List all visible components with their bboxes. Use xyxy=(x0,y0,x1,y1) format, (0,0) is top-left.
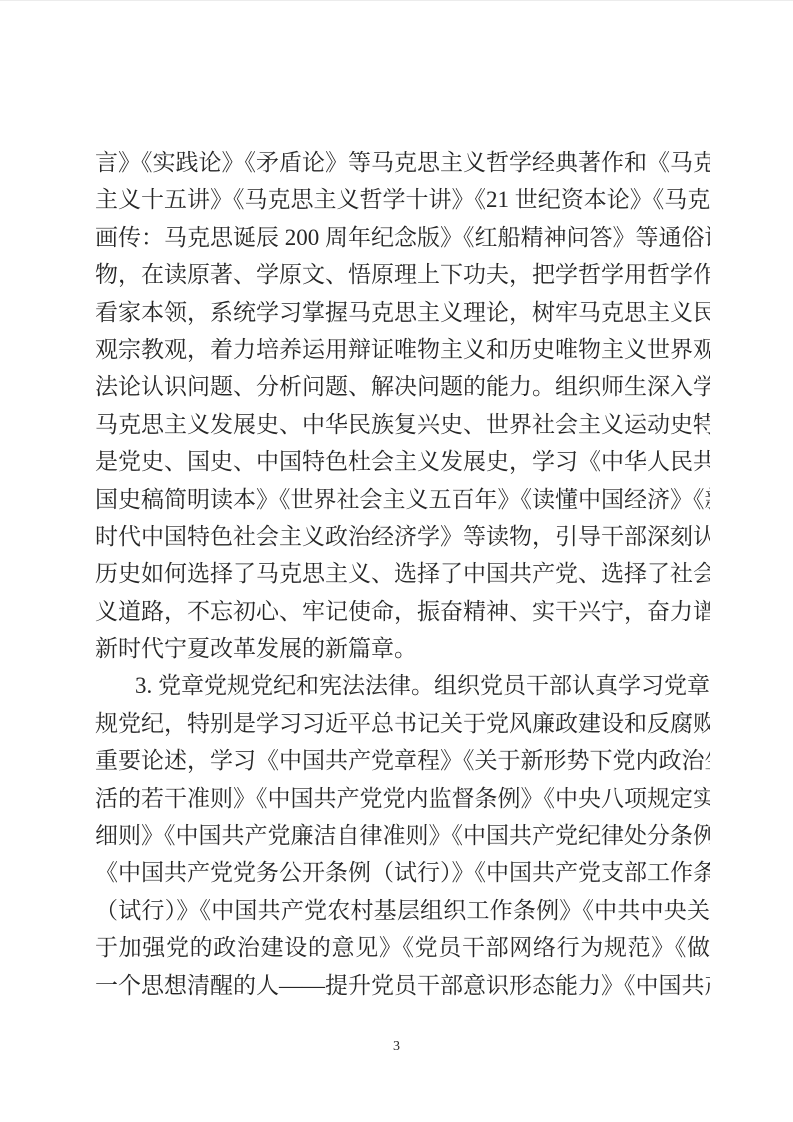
text-line: 一个思想清醒的人——提升党员干部意识形态能力》《中国共产 xyxy=(95,967,710,1004)
text-line: （试行）》《中国共产党农村基层组织工作条例》《中共中央关 xyxy=(95,892,710,929)
text-line: 观宗教观，着力培养运用辩证唯物主义和历史唯物主义世界观方 xyxy=(95,331,710,368)
page-number: 3 xyxy=(0,1039,793,1055)
paragraph-item-3: 3. 党章党规党纪和宪法法律。组织党员干部认真学习党章党 规党纪，特别是学习习近… xyxy=(95,667,710,1004)
text-line: 义道路，不忘初心、牢记使命，振奋精神、实干兴宁，奋力谱写 xyxy=(95,593,710,630)
text-line: 历史如何选择了马克思主义、选择了中国共产党、选择了社会主 xyxy=(95,555,710,592)
text-line: 国史稿简明读本》《世界社会主义五百年》《读懂中国经济》《新 xyxy=(95,481,710,518)
document-page: 言》《实践论》《矛盾论》等马克思主义哲学经典著作和《马克思 主义十五讲》《马克思… xyxy=(0,0,793,1122)
text-line: 规党纪，特别是学习习近平总书记关于党风廉政建设和反腐败的 xyxy=(95,705,710,742)
paragraph-continued: 言》《实践论》《矛盾论》等马克思主义哲学经典著作和《马克思 主义十五讲》《马克思… xyxy=(95,144,710,667)
text-line: 是党史、国史、中国特色杜会主义发展史，学习《中华人民共和 xyxy=(95,443,710,480)
text-line: 时代中国特色社会主义政治经济学》等读物，引导干部深刻认识 xyxy=(95,518,710,555)
text-line: 重要论述，学习《中国共产党章程》《关于新形势下党内政治生 xyxy=(95,742,710,779)
text-line: 画传：马克思诞辰 200 周年纪念版》《红船精神问答》等通俗读 xyxy=(95,219,710,256)
document-text-block: 言》《实践论》《矛盾论》等马克思主义哲学经典著作和《马克思 主义十五讲》《马克思… xyxy=(95,144,710,1004)
text-line: 3. 党章党规党纪和宪法法律。组织党员干部认真学习党章党 xyxy=(95,667,710,704)
text-line: 于加强党的政治建设的意见》《党员干部网络行为规范》《做 xyxy=(95,929,710,966)
text-line: 法论认识问题、分析问题、解决问题的能力。组织师生深入学习 xyxy=(95,368,710,405)
text-line: 《中国共产党党务公开条例（试行）》《中国共产党支部工作条例 xyxy=(95,854,710,891)
text-line: 看家本领，系统学习掌握马克思主义理论，树牢马克思主义民族 xyxy=(95,294,710,331)
text-line: 活的若干准则》《中国共产党党内监督条例》《中央八项规定实施 xyxy=(95,780,710,817)
text-line: 马克思主义发展史、中华民族复兴史、世界社会主义运动史特别 xyxy=(95,406,710,443)
text-line: 新时代宁夏改革发展的新篇章。 xyxy=(95,630,710,667)
text-line: 物，在读原著、学原文、悟原理上下功夫，把学哲学用哲学作为 xyxy=(95,256,710,293)
text-line: 细则》《中国共产党廉洁自律准则》《中国共产党纪律处分条例》 xyxy=(95,817,710,854)
text-line: 言》《实践论》《矛盾论》等马克思主义哲学经典著作和《马克思 xyxy=(95,144,710,181)
text-line: 主义十五讲》《马克思主义哲学十讲》《21 世纪资本论》《马克思 xyxy=(95,181,710,218)
